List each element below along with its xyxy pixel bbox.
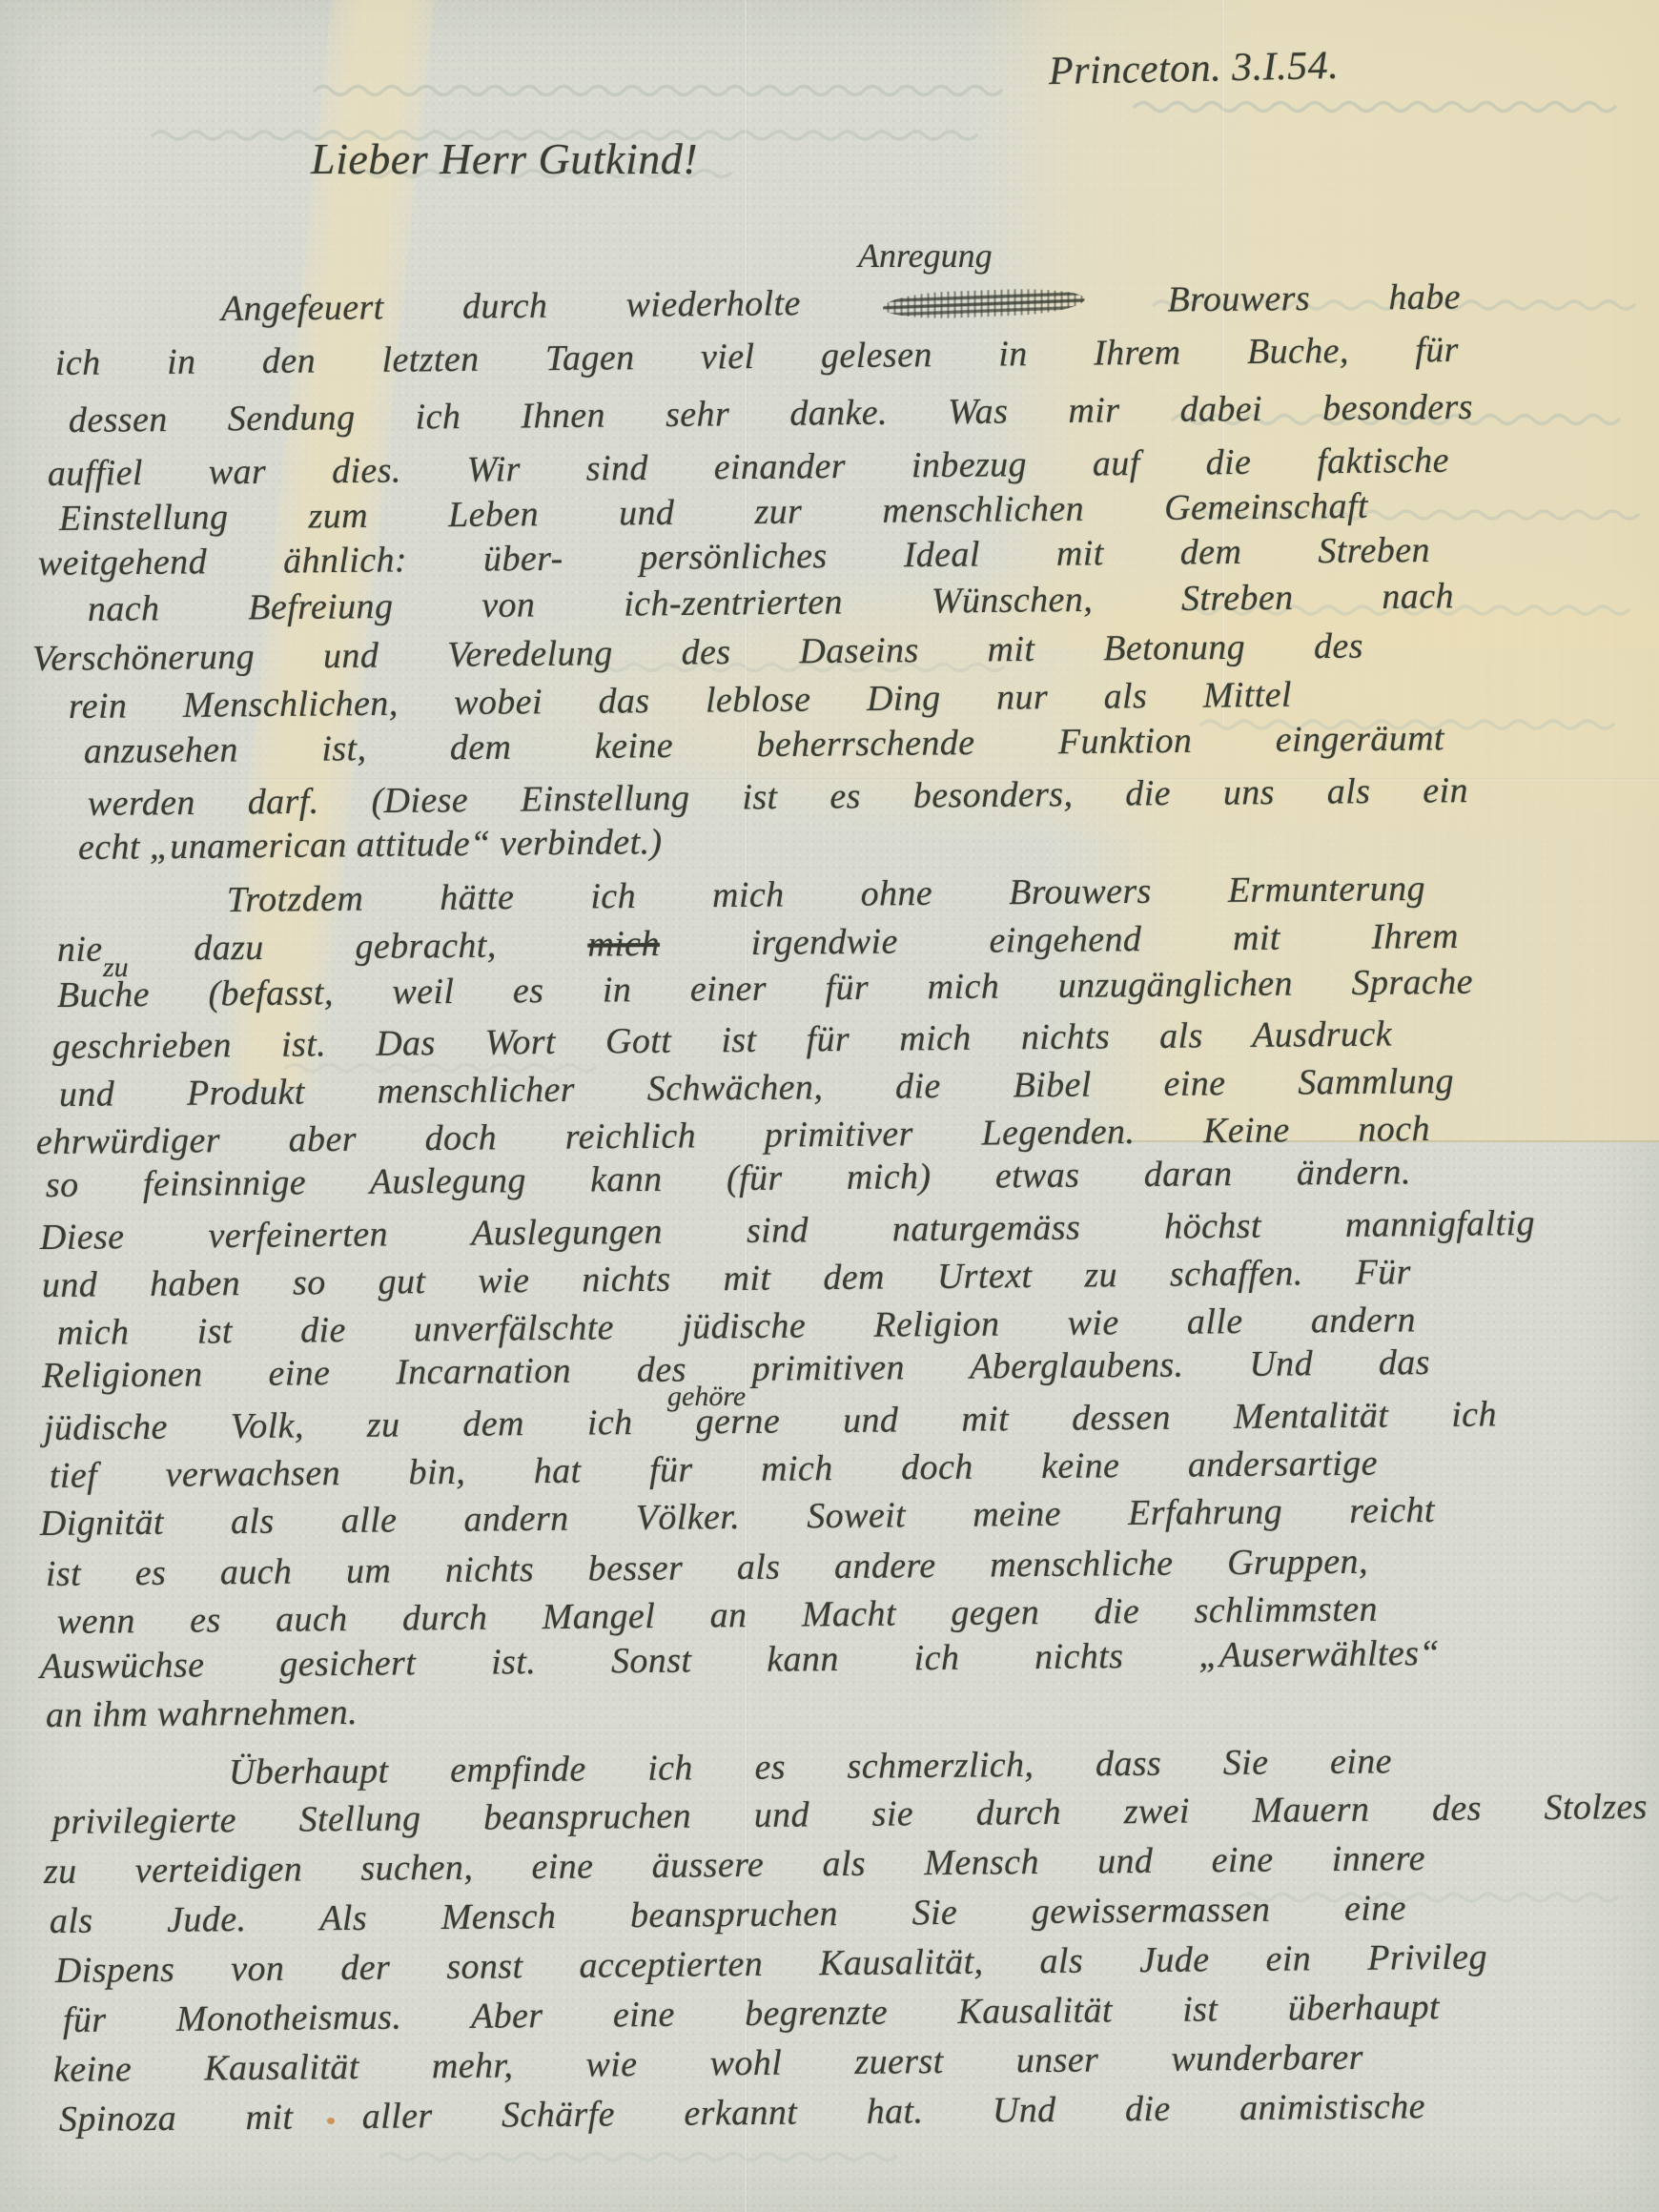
salutation: Lieber Herr Gutkind! bbox=[311, 133, 698, 184]
ghost-line bbox=[315, 87, 1001, 95]
ink-speck bbox=[327, 2118, 335, 2124]
inserted-word: zu bbox=[103, 952, 129, 984]
crossed-out-word bbox=[883, 286, 1086, 320]
inserted-word: Anregung bbox=[858, 236, 993, 276]
dateline: Princeton. 3.I.54. bbox=[1049, 43, 1340, 94]
handwritten-line-p2: an ihm wahrnehmen. bbox=[46, 1692, 358, 1737]
handwritten-line-p1: echt „unamerican attitude“ verbindet.) bbox=[78, 822, 663, 870]
struck-word: mich bbox=[587, 924, 660, 965]
ghost-line bbox=[381, 2154, 896, 2161]
letter-page: Princeton. 3.I.54. Lieber Herr Gutkind! … bbox=[0, 0, 1659, 2212]
inserted-word: gehöre bbox=[667, 1381, 746, 1413]
ghost-line bbox=[1135, 103, 1615, 112]
